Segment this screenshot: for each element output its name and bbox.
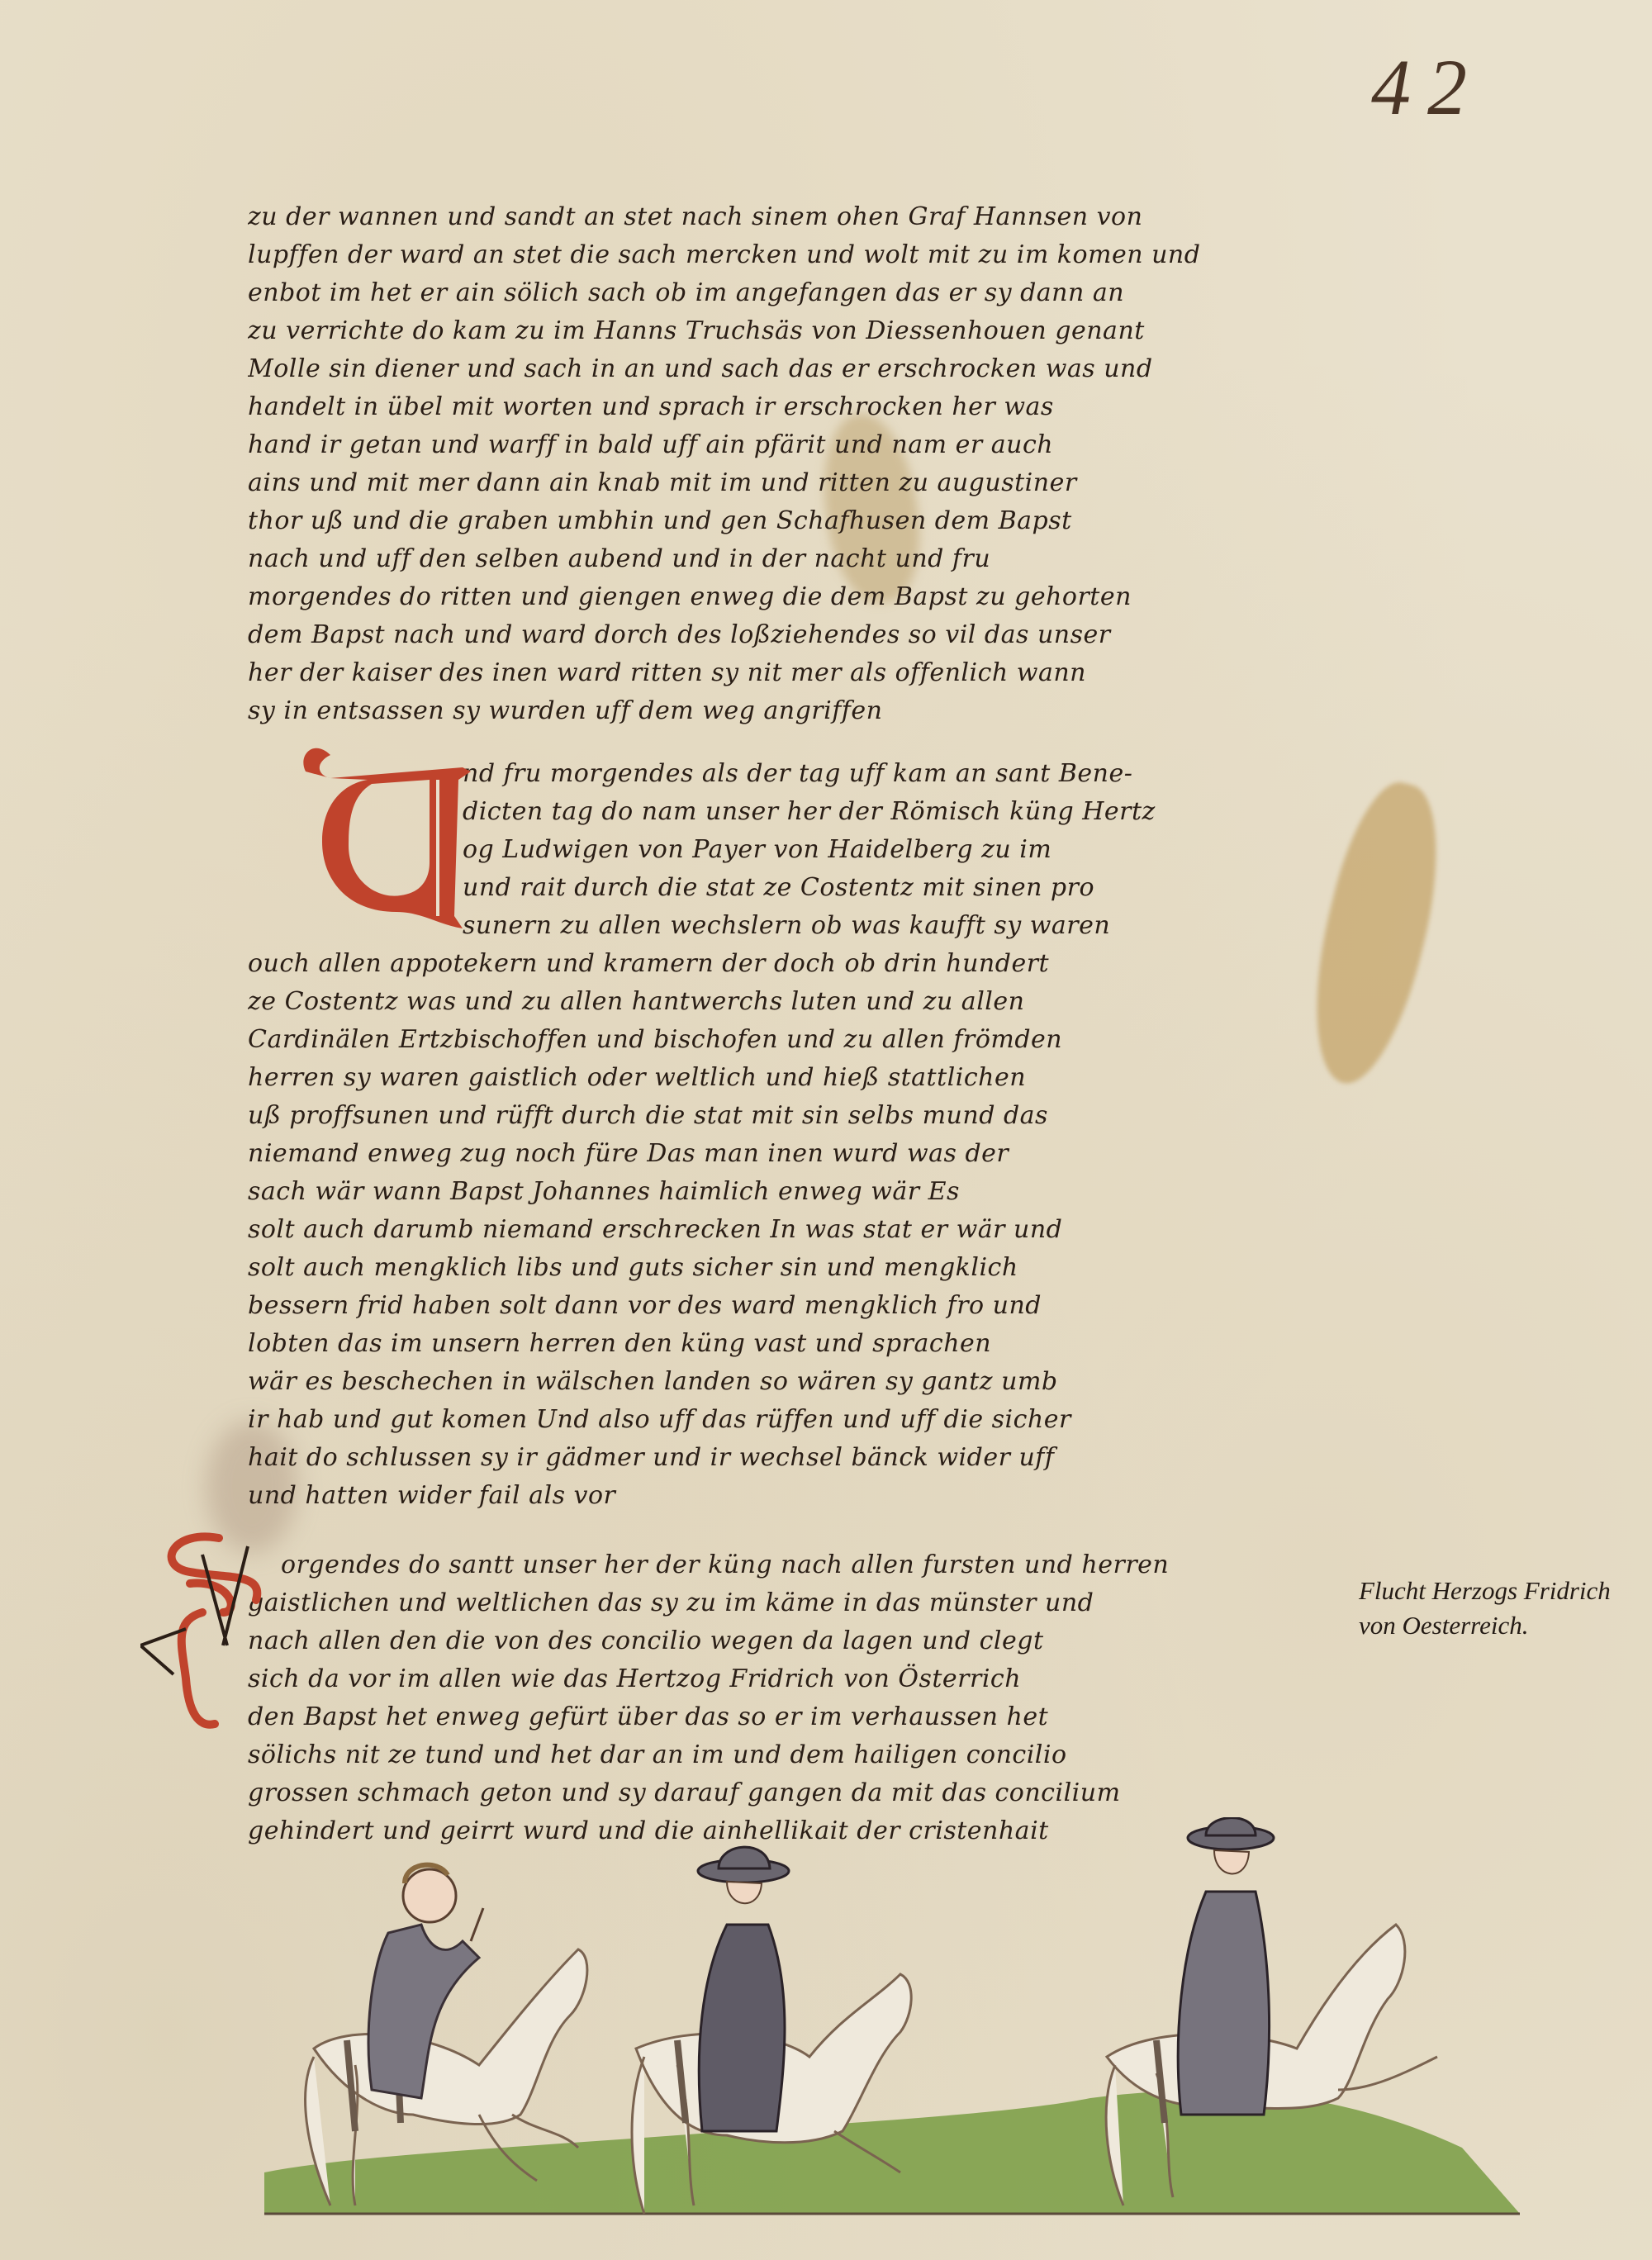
paragraph-1: zu der wannen und sandt an stet nach sin… <box>248 198 1379 730</box>
text-line: herren sy waren gaistlich oder weltlich … <box>248 1059 1379 1097</box>
text-line: grossen schmach geton und sy darauf gang… <box>248 1774 1379 1812</box>
text-line: sich da vor im allen wie das Hertzog Fri… <box>248 1660 1379 1698</box>
paragraph-3: orgendes do santt unser her der küng nac… <box>248 1546 1379 1850</box>
red-initial-m-icon <box>140 1522 273 1745</box>
illustration-three-riders <box>264 1817 1520 2247</box>
text-block: zu der wannen und sandt an stet nach sin… <box>248 198 1379 1850</box>
marginal-note-line: von Oesterreich. <box>1359 1608 1640 1643</box>
text-line: handelt in übel mit worten und sprach ir… <box>248 388 1379 426</box>
text-line: und hatten wider fail als vor <box>248 1477 1379 1515</box>
text-line: thor uß und die graben umbhin und gen Sc… <box>248 502 1379 540</box>
text-line: hait do schlussen sy ir gädmer und ir we… <box>248 1439 1379 1477</box>
text-line: zu der wannen und sandt an stet nach sin… <box>248 198 1379 236</box>
text-line: lupffen der ward an stet die sach mercke… <box>248 236 1379 274</box>
text-line: enbot im het er ain sölich sach ob im an… <box>248 274 1379 312</box>
text-line: ouch allen appotekern und kramern der do… <box>248 945 1379 983</box>
text-line: bessern frid haben solt dann vor des war… <box>248 1287 1379 1325</box>
text-line: gaistlichen und weltlichen das sy zu im … <box>248 1584 1379 1622</box>
text-line: dem Bapst nach und ward dorch des loßzie… <box>248 616 1379 654</box>
text-line: wär es beschechen in wälschen landen so … <box>248 1363 1379 1401</box>
marginal-note-line: Flucht Herzogs Fridrich <box>1359 1574 1640 1608</box>
text-line: lobten das im unsern herren den küng vas… <box>248 1325 1379 1363</box>
text-line: zu verrichte do kam zu im Hanns Truchsäs… <box>248 312 1379 350</box>
text-line: den Bapst het enweg gefürt über das so e… <box>248 1698 1379 1736</box>
text-line: sölichs nit ze tund und het dar an im un… <box>248 1736 1379 1774</box>
text-line: nach und uff den selben aubend und in de… <box>248 540 1379 578</box>
text-line: her der kaiser des inen ward ritten sy n… <box>248 654 1379 692</box>
text-line: orgendes do santt unser her der küng nac… <box>248 1546 1379 1584</box>
text-line: nach allen den die von des concilio wege… <box>248 1622 1379 1660</box>
marginal-note: Flucht Herzogs Fridrich von Oesterreich. <box>1359 1574 1640 1643</box>
text-line: sach wär wann Bapst Johannes haimlich en… <box>248 1173 1379 1211</box>
red-initial-u-icon <box>297 738 496 937</box>
text-line: Molle sin diener und sach in an und sach… <box>248 350 1379 388</box>
text-line: sy in entsassen sy wurden uff dem weg an… <box>248 692 1379 730</box>
text-line: ains und mit mer dann ain knab mit im un… <box>248 464 1379 502</box>
text-line: uß proffsunen und rüfft durch die stat m… <box>248 1097 1379 1135</box>
folio-number: 42 <box>1371 41 1483 133</box>
paragraph-2: nd fru morgendes als der tag uff kam an … <box>248 755 1379 1515</box>
text-line: hand ir getan und warff in bald uff ain … <box>248 426 1379 464</box>
text-line: Cardinälen Ertzbischoffen und bischofen … <box>248 1021 1379 1059</box>
text-line: niemand enweg zug noch füre Das man inen… <box>248 1135 1379 1173</box>
text-line: solt auch darumb niemand erschrecken In … <box>248 1211 1379 1249</box>
text-line: morgendes do ritten und giengen enweg di… <box>248 578 1379 616</box>
text-line: solt auch mengklich libs und guts sicher… <box>248 1249 1379 1287</box>
text-line: ze Costentz was und zu allen hantwerchs … <box>248 983 1379 1021</box>
text-line: ir hab und gut komen Und also uff das rü… <box>248 1401 1379 1439</box>
